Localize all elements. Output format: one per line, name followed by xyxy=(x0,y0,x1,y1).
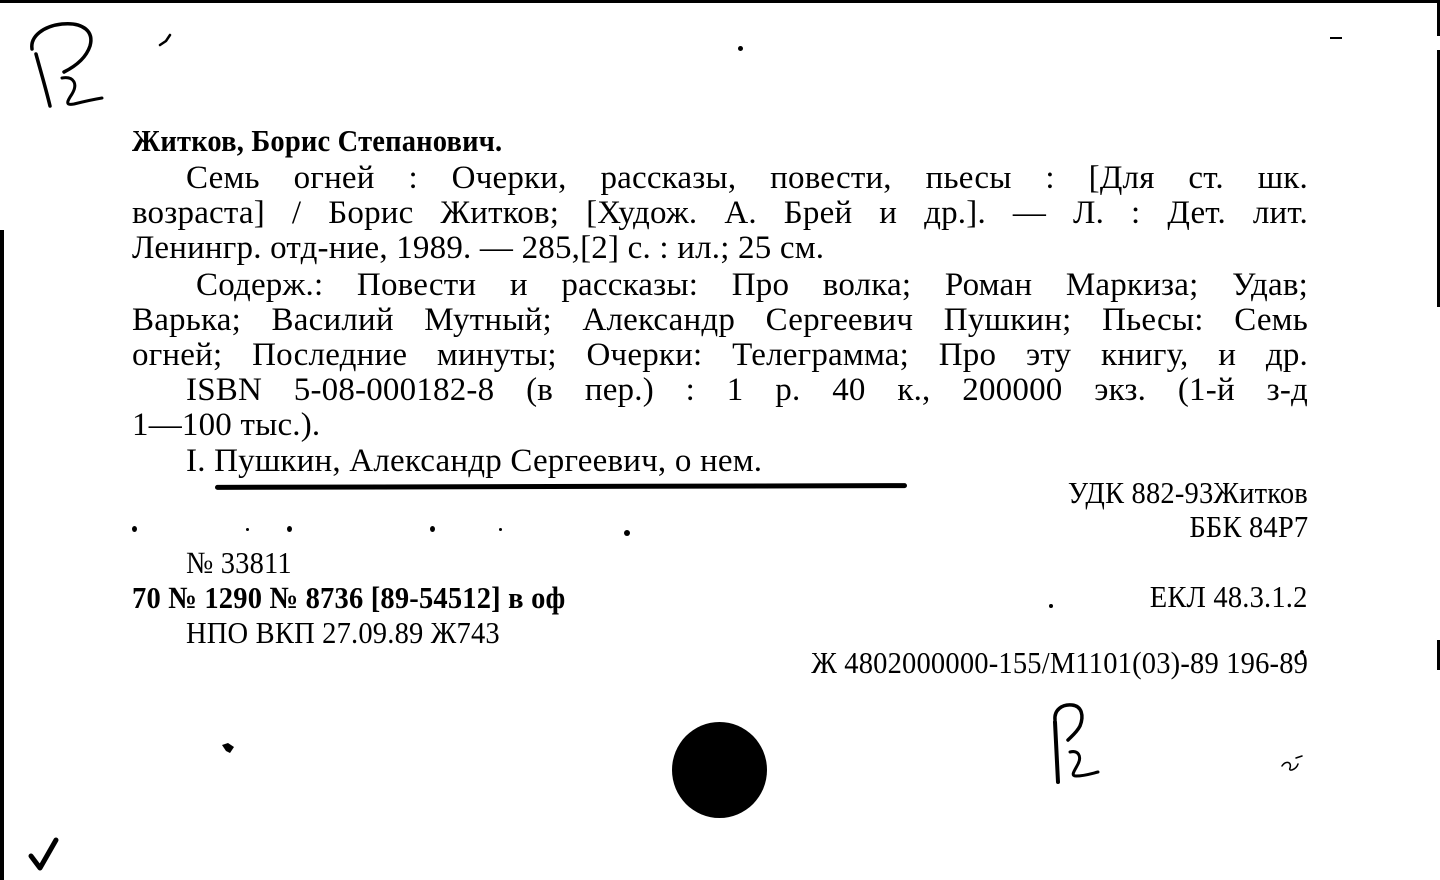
ink-scribble xyxy=(1278,752,1308,778)
bbk-code: ББК 84Р7 xyxy=(1189,508,1308,546)
card-left-edge xyxy=(0,230,4,880)
isbn-line-2: 1—100 тыс.). xyxy=(132,406,320,444)
ink-mark xyxy=(158,33,174,49)
ink-speck xyxy=(246,528,249,531)
title-line-3: Ленингр. отд-ние, 1989. — 285,[2] с. : и… xyxy=(132,229,824,267)
title-line-1: Семь огней : Очерки, рассказы, повести, … xyxy=(186,159,1308,197)
title-line-2: возраста] / Борис Житков; [Худож. А. Бре… xyxy=(132,194,1308,232)
ink-speck xyxy=(624,530,630,536)
ink-speck xyxy=(430,526,435,532)
contents-line-2: Варька; Василий Мутный; Александр Сергее… xyxy=(132,301,1308,339)
author-heading: Житков, Борис Степанович. xyxy=(132,122,502,160)
card-number: № 33811 xyxy=(186,544,292,582)
ink-speck xyxy=(1330,37,1342,39)
card-punch-hole xyxy=(672,722,767,818)
handwritten-shelfmark-top xyxy=(22,14,112,109)
isbn-line-1: ISBN 5-08-000182-8 (в пер.) : 1 р. 40 к.… xyxy=(186,371,1308,409)
ink-speck xyxy=(132,526,137,532)
subject-entry: I. Пушкин, Александр Сергеевич, о нем. xyxy=(186,442,762,480)
separator-rule xyxy=(215,483,907,490)
publisher-code: Ж 4802000000-155/М1101(03)-89 196-89 xyxy=(811,644,1308,682)
handwritten-shelfmark-bottom xyxy=(1040,700,1120,790)
ekl-code: ЕКЛ 48.3.1.2 xyxy=(1150,578,1308,616)
udk-code: УДК 882-93Житков xyxy=(1068,474,1308,512)
ink-speck xyxy=(1049,604,1053,608)
ink-speck xyxy=(738,46,743,51)
ink-speck xyxy=(287,526,292,532)
ink-speck xyxy=(1300,650,1304,654)
npo-line: НПО ВКП 27.09.89 Ж743 xyxy=(186,614,500,652)
check-mark-icon xyxy=(26,836,62,876)
contents-line-3: огней; Последние минуты; Очерки: Телегра… xyxy=(132,336,1308,374)
ink-blot xyxy=(220,741,236,755)
contents-line-1: Содерж.: Повести и рассказы: Про волка; … xyxy=(196,266,1308,304)
card-top-edge xyxy=(0,0,1440,3)
order-line: 70 № 1290 № 8736 [89-54512] в оф xyxy=(132,579,565,617)
ink-speck xyxy=(499,528,502,531)
